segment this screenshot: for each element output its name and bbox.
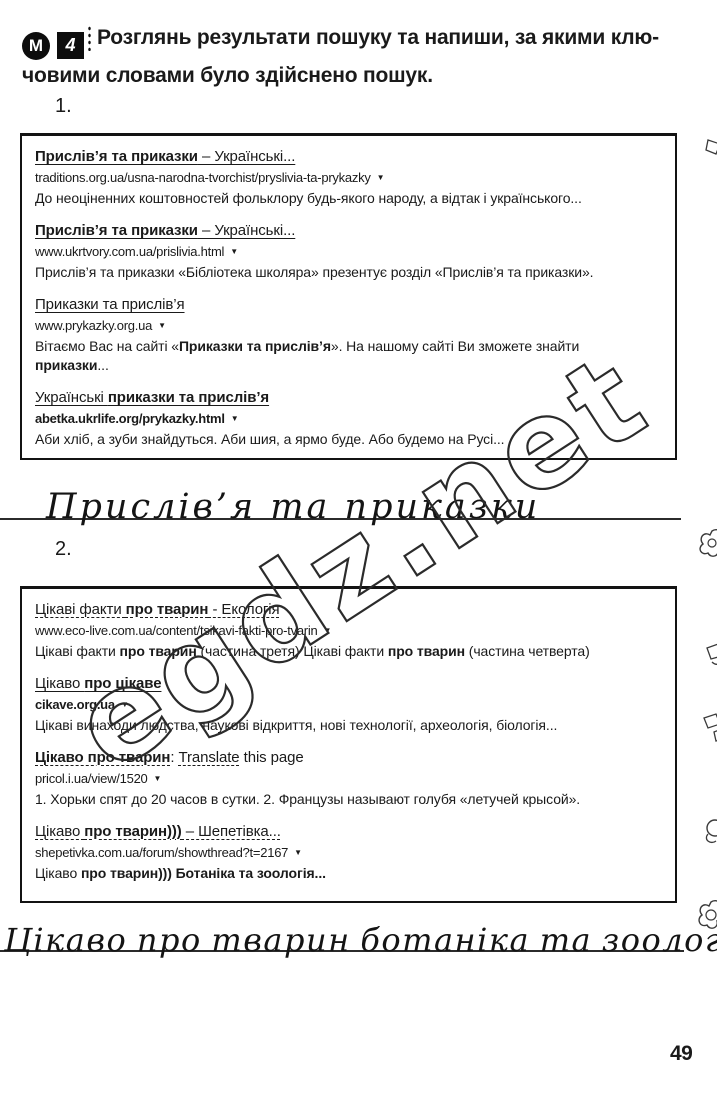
task-instruction-line-2: човими словами було здійснено пошук. — [22, 62, 706, 90]
level-m-badge-letter: М — [29, 36, 43, 55]
search-result: Цікаво про тварин))) – Шепетівка...shepe… — [35, 822, 662, 883]
result-snippet: Аби хліб, а зуби знайдуться. Аби шия, а … — [35, 430, 635, 449]
search-result: Цікаво про тварин: Translate this pagepr… — [35, 748, 662, 809]
result-title-link: Приказки та прислів’я — [35, 295, 662, 315]
dropdown-arrow-icon: ▼ — [230, 247, 238, 256]
search-results-box-2: Цікаві факти про тварин - Екологіяwww.ec… — [20, 586, 677, 903]
result-title-link: Цікаво про цікаве — [35, 674, 662, 694]
answer-writing-line-1: Прислів’я та приказки — [0, 470, 681, 520]
text-segment: Прислів’я та приказки «Бібліотека школяр… — [35, 264, 593, 280]
level-m-badge: М — [22, 32, 50, 60]
text-segment: www.prykazky.org.ua — [35, 318, 152, 333]
result-url: www.eco-live.com.ua/content/tsikavi-fakt… — [35, 622, 662, 640]
margin-doodle-icon — [696, 898, 717, 934]
text-segment: До неоціненних коштовностей фольклору бу… — [35, 190, 582, 206]
result-snippet: Вітаємо Вас на сайті «Приказки та прислі… — [35, 337, 635, 375]
text-segment: Цікаво — [35, 675, 84, 692]
search-result: Цікаві факти про тварин - Екологіяwww.ec… — [35, 600, 662, 661]
dropdown-arrow-icon: ▼ — [294, 848, 302, 857]
search-results-list-2: Цікаві факти про тварин - Екологіяwww.ec… — [35, 600, 662, 883]
text-segment: this page — [240, 749, 304, 766]
result-snippet: Цікаві винаходи людства, наукові відкрит… — [35, 716, 635, 735]
text-segment: Приказки та прислів’я — [179, 338, 331, 354]
text-segment: Translate — [178, 749, 239, 766]
result-title-link: Прислів’я та приказки – Українські... — [35, 221, 662, 241]
text-segment: www.ukrtvory.com.ua/prislivia.html — [35, 244, 224, 259]
text-segment: про тварин — [126, 601, 209, 618]
text-segment: Прислів’я та приказки — [35, 148, 198, 165]
search-result: Приказки та прислів’яwww.prykazky.org.ua… — [35, 295, 662, 375]
search-results-list-1: Прислів’я та приказки – Українські...tra… — [35, 147, 662, 449]
result-title-link: Цікаві факти про тварин - Екологія — [35, 600, 662, 620]
text-segment: Цікаво — [35, 823, 84, 840]
result-url: abetka.ukrlife.org/prykazky.html▼ — [35, 410, 662, 428]
text-segment: про тварин))) — [81, 865, 176, 881]
result-snippet: До неоціненних коштовностей фольклору бу… — [35, 189, 635, 208]
margin-doodle-icon — [702, 640, 717, 668]
dropdown-arrow-icon: ▼ — [377, 173, 385, 182]
text-segment: Приказки та прислів’я — [35, 296, 185, 313]
text-segment: pricol.i.ua/view/1520 — [35, 771, 148, 786]
item-number-1: 1. — [55, 95, 72, 118]
answer-writing-line-2: Цікаво про тварин ботаніка та зоологія — [0, 902, 684, 952]
text-segment: Цікаво — [35, 865, 81, 881]
search-result: Прислів’я та приказки – Українські...tra… — [35, 147, 662, 208]
text-segment: www.eco-live.com.ua/content/tsikavi-fakt… — [35, 623, 318, 638]
workbook-page: М4Розглянь результати пошуку та напиши, … — [0, 0, 717, 1096]
text-segment: 1. Хорьки спят до 20 часов в сутки. 2. Ф… — [35, 791, 580, 807]
result-snippet: Цікаво про тварин))) Ботаніка та зоологі… — [35, 864, 635, 883]
dropdown-arrow-icon: ▼ — [158, 321, 166, 330]
text-segment: Ботаніка та зоологія... — [176, 865, 326, 881]
text-segment: про тварин — [120, 643, 197, 659]
result-snippet: 1. Хорьки спят до 20 часов в сутки. 2. Ф… — [35, 790, 635, 809]
search-results-box-1: Прислів’я та приказки – Українські...tra… — [20, 133, 677, 460]
text-segment: Цікаві факти — [35, 601, 126, 618]
task-number: 4 — [65, 35, 75, 55]
text-segment: traditions.org.ua/usna-narodna-tvorchist… — [35, 170, 371, 185]
text-segment: Аби хліб, а зуби знайдуться. Аби шия, а … — [35, 431, 504, 447]
result-title-link: Цікаво про тварин))) – Шепетівка... — [35, 822, 662, 842]
handwritten-answer-2: Цікаво про тварин ботаніка та зоологія — [4, 921, 717, 959]
task-header: М4Розглянь результати пошуку та напиши, … — [22, 24, 706, 90]
text-segment: Цікаві факти — [35, 643, 120, 659]
text-segment: ». На нашому сайті Ви зможете знайти — [331, 338, 579, 354]
result-snippet: Прислів’я та приказки «Бібліотека школяр… — [35, 263, 635, 282]
text-segment: (частина четверта) — [465, 643, 590, 659]
text-segment: Цікаво про тварин — [35, 749, 170, 766]
result-url: traditions.org.ua/usna-narodna-tvorchist… — [35, 169, 662, 187]
text-segment: про тварин))) — [84, 823, 181, 840]
result-snippet: Цікаві факти про тварин (частина третя) … — [35, 642, 635, 661]
text-segment: Українські — [35, 389, 108, 406]
text-segment: про тварин — [388, 643, 465, 659]
text-segment: shepetivka.com.ua/forum/showthread?t=216… — [35, 845, 288, 860]
text-segment: cikave.org.ua — [35, 697, 115, 712]
text-segment: Вітаємо Вас на сайті « — [35, 338, 179, 354]
speckle-decoration — [87, 25, 93, 51]
text-segment: (частина третя) Цікаві факти — [197, 643, 388, 659]
text-segment: abetka.ukrlife.org/prykazky.html — [35, 411, 225, 426]
margin-doodle-icon — [702, 136, 717, 162]
text-segment: Прислів’я та приказки — [35, 222, 198, 239]
text-segment: – Українські... — [198, 148, 295, 165]
result-url: www.prykazky.org.ua▼ — [35, 317, 662, 335]
result-title-link: Українські приказки та прислів’я — [35, 388, 662, 408]
dropdown-arrow-icon: ▼ — [324, 626, 332, 635]
text-segment: – Шепетівка... — [182, 823, 281, 840]
result-url: cikave.org.ua▼ — [35, 696, 662, 714]
margin-doodle-icon — [698, 528, 717, 562]
text-segment: - Екологія — [208, 601, 279, 618]
page-number: 49 — [670, 1042, 692, 1066]
task-instruction-line-1: Розглянь результати пошуку та напиши, за… — [97, 26, 659, 49]
dropdown-arrow-icon: ▼ — [231, 414, 239, 423]
task-number-badge: 4 — [57, 32, 84, 59]
dropdown-arrow-icon: ▼ — [154, 774, 162, 783]
result-url: www.ukrtvory.com.ua/prislivia.html▼ — [35, 243, 662, 261]
text-segment: приказки — [35, 357, 97, 373]
margin-doodle-icon — [700, 816, 717, 846]
result-title-link: Цікаво про тварин: Translate this page — [35, 748, 662, 768]
result-title-link: Прислів’я та приказки – Українські... — [35, 147, 662, 167]
handwritten-answer-1: Прислів’я та приказки — [46, 487, 540, 527]
result-url: pricol.i.ua/view/1520▼ — [35, 770, 662, 788]
text-segment: приказки та прислів’я — [108, 389, 269, 406]
search-result: Прислів’я та приказки – Українські...www… — [35, 221, 662, 282]
text-segment: про цікаве — [84, 675, 161, 692]
margin-doodle-icon — [700, 712, 717, 742]
text-segment: Цікаві винаходи людства, наукові відкрит… — [35, 717, 557, 733]
search-result: Цікаво про цікавеcikave.org.ua▼Цікаві ви… — [35, 674, 662, 735]
text-segment: – Українські... — [198, 222, 295, 239]
text-segment: ... — [97, 357, 108, 373]
dropdown-arrow-icon: ▼ — [121, 700, 129, 709]
search-result: Українські приказки та прислів’яabetka.u… — [35, 388, 662, 449]
item-number-2: 2. — [55, 538, 72, 561]
result-url: shepetivka.com.ua/forum/showthread?t=216… — [35, 844, 662, 862]
